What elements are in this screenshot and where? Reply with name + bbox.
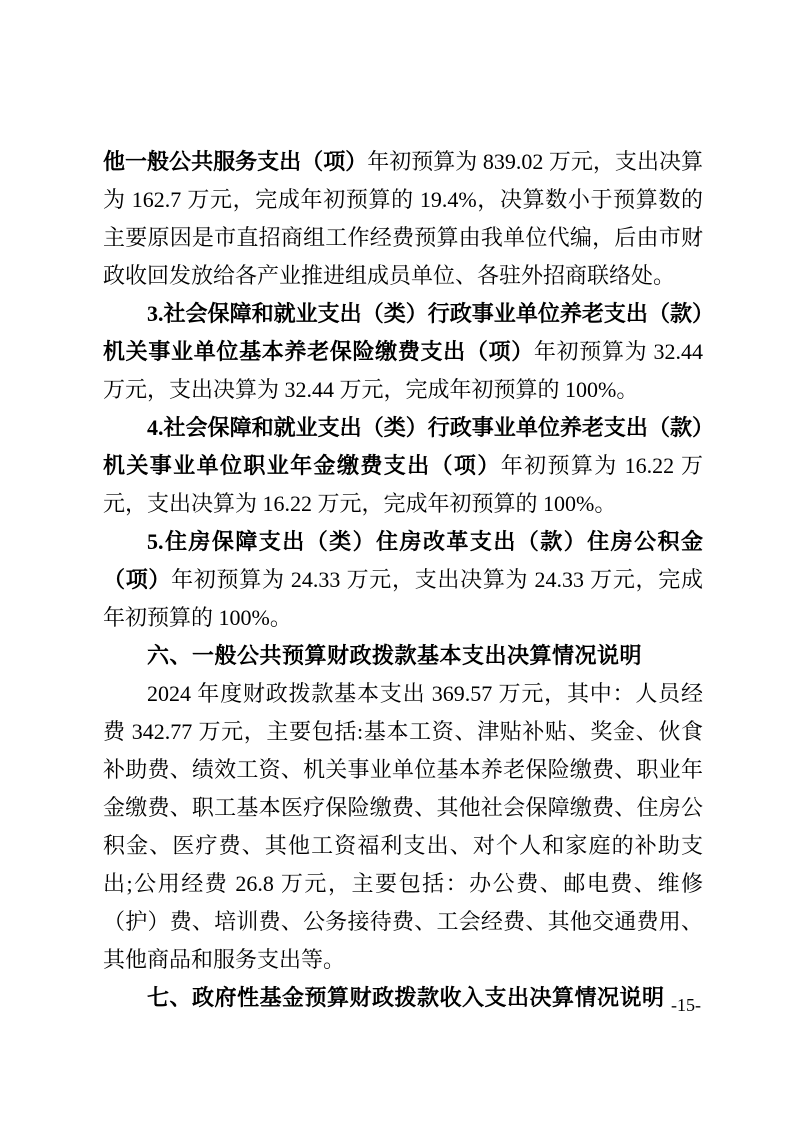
para-housing-provident-fund: 5.住房保障支出（类）住房改革支出（款）住房公积金（项）年初预算为 24.33 …: [103, 523, 703, 637]
page-number: -15-: [671, 994, 701, 1016]
para-basic-expenditure-detail: 2024 年度财政拨款基本支出 369.57 万元，其中：人员经费 342.77…: [103, 675, 703, 979]
para-occupational-annuity-contribution: 4.社会保障和就业支出（类）行政事业单位养老支出（款）机关事业单位职业年金缴费支…: [103, 409, 703, 523]
para-housing-provident-fund-text: 年初预算为 24.33 万元，支出决算为 24.33 万元，完成年初预算的 10…: [103, 567, 703, 630]
para-other-general-public-service: 他一般公共服务支出（项）年初预算为 839.02 万元，支出决算为 162.7 …: [103, 143, 703, 295]
heading-section-six: 六、一般公共预算财政拨款基本支出决算情况说明: [103, 637, 703, 675]
document-page: 他一般公共服务支出（项）年初预算为 839.02 万元，支出决算为 162.7 …: [0, 0, 793, 1122]
heading-section-seven: 七、政府性基金预算财政拨款收入支出决算情况说明: [103, 979, 703, 1017]
para-basic-pension-contribution: 3.社会保障和就业支出（类）行政事业单位养老支出（款）机关事业单位基本养老保险缴…: [103, 295, 703, 409]
para-other-general-public-service-lead: 他一般公共服务支出（项）: [103, 149, 367, 174]
